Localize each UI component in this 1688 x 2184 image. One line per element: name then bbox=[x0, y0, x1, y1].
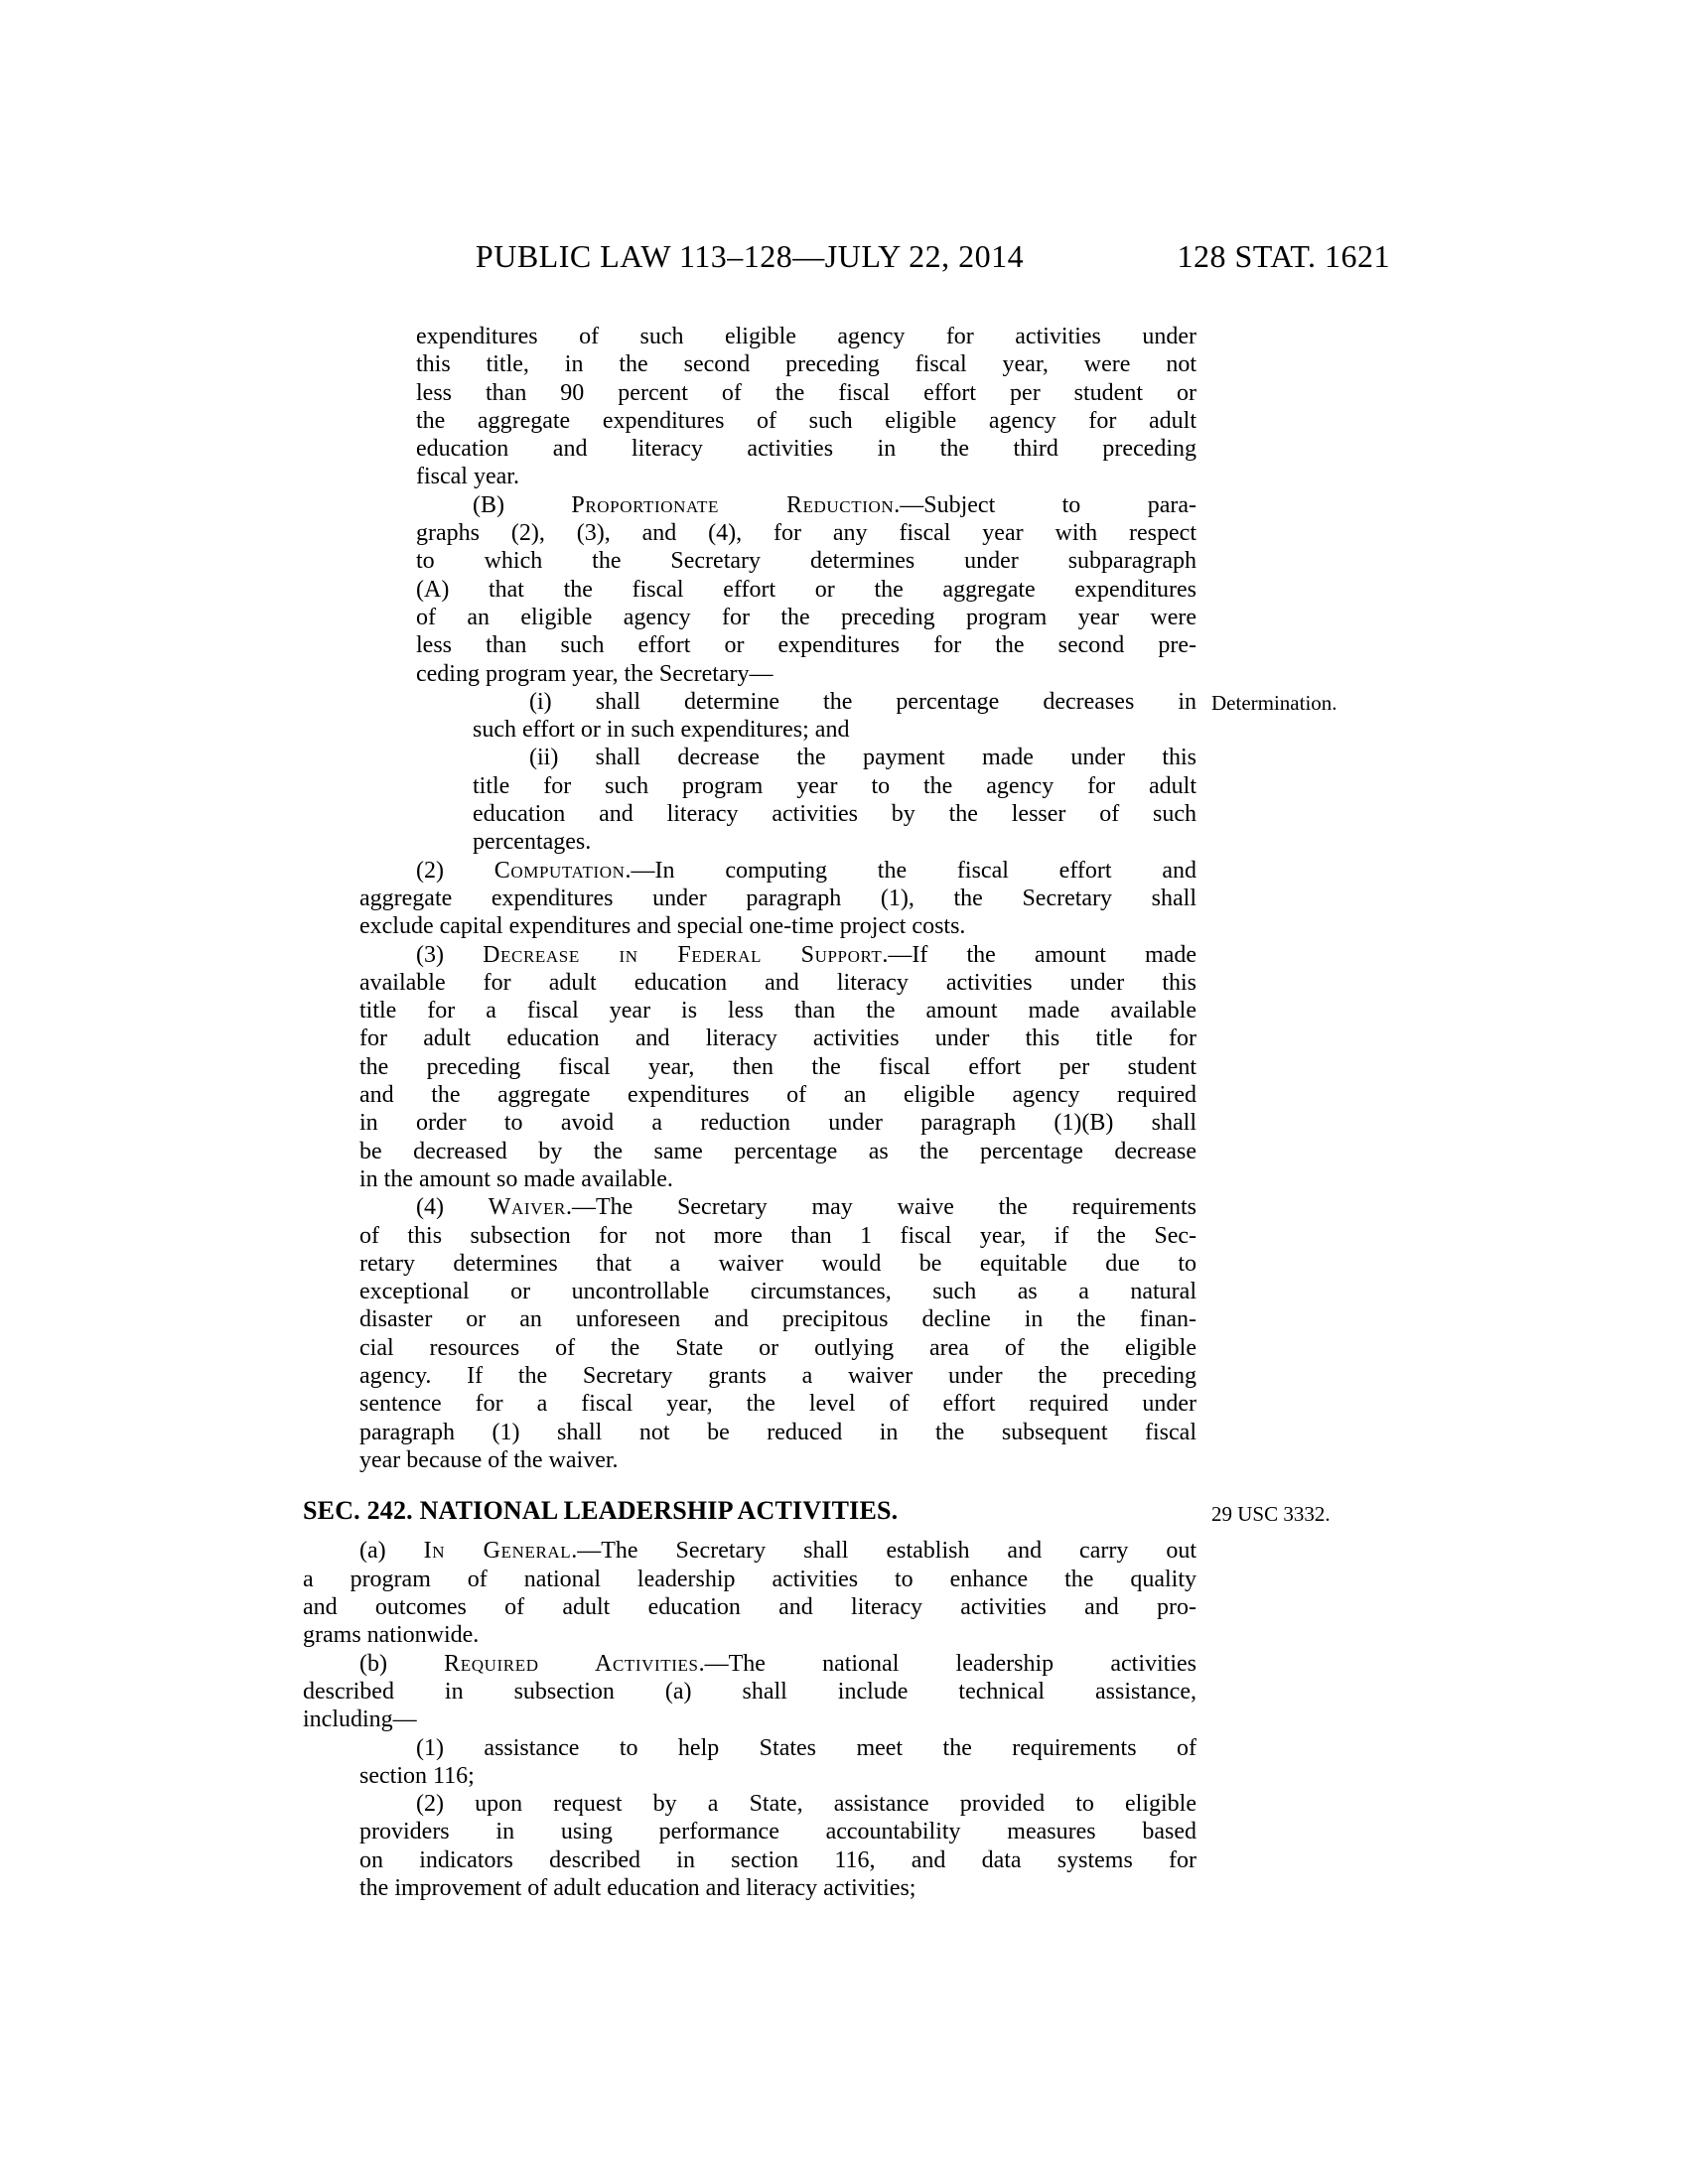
text-line: percentages. bbox=[303, 828, 1196, 856]
text-line: grams nationwide. bbox=[303, 1621, 1196, 1649]
text-line: education and literacy activities in the… bbox=[303, 435, 1196, 463]
text-line: (ii) shall decrease the payment made und… bbox=[303, 744, 1196, 771]
text-line: this title, in the second preceding fisc… bbox=[303, 350, 1196, 378]
text-line: on indicators described in section 116, … bbox=[303, 1846, 1196, 1874]
text-line: (3) Decrease in Federal Support.—If the … bbox=[303, 941, 1196, 969]
small-caps-term: Decrease in Federal Support bbox=[483, 942, 882, 968]
text-line: in order to avoid a reduction under para… bbox=[303, 1109, 1196, 1137]
small-caps-term: Waiver bbox=[489, 1194, 566, 1220]
text-line: (i) shall determine the percentage decre… bbox=[303, 688, 1196, 716]
margin-note-usc-citation: 29 USC 3332. bbox=[1211, 1502, 1440, 1526]
text-line: paragraph (1) shall not be reduced in th… bbox=[303, 1419, 1196, 1446]
text-line: (2) Computation.—In computing the fiscal… bbox=[303, 857, 1196, 885]
text-line: section 116; bbox=[303, 1762, 1196, 1790]
page-header-law-title: PUBLIC LAW 113–128—JULY 22, 2014 bbox=[303, 238, 1196, 275]
text-line: to which the Secretary determines under … bbox=[303, 547, 1196, 575]
text-line: (a) In General.—The Secretary shall esta… bbox=[303, 1537, 1196, 1565]
text-line: aggregate expenditures under paragraph (… bbox=[303, 885, 1196, 912]
text-line: less than 90 percent of the fiscal effor… bbox=[303, 379, 1196, 407]
section-heading: SEC. 242. NATIONAL LEADERSHIP ACTIVITIES… bbox=[303, 1474, 1196, 1537]
text-line: year because of the waiver. bbox=[303, 1446, 1196, 1474]
text-line: disaster or an unforeseen and precipitou… bbox=[303, 1305, 1196, 1333]
text-line: less than such effort or expenditures fo… bbox=[303, 631, 1196, 659]
text-line: of this subsection for not more than 1 f… bbox=[303, 1222, 1196, 1250]
text-line: title for a fiscal year is less than the… bbox=[303, 997, 1196, 1024]
statute-page: PUBLIC LAW 113–128—JULY 22, 2014 128 STA… bbox=[0, 0, 1688, 2184]
small-caps-term: Computation bbox=[494, 858, 626, 884]
text-line: (A) that the fiscal effort or the aggreg… bbox=[303, 576, 1196, 604]
text-line: described in subsection (a) shall includ… bbox=[303, 1678, 1196, 1706]
text-line: be decreased by the same percentage as t… bbox=[303, 1138, 1196, 1165]
text-line: sentence for a fiscal year, the level of… bbox=[303, 1390, 1196, 1418]
text-line: in the amount so made available. bbox=[303, 1165, 1196, 1193]
text-line: (4) Waiver.—The Secretary may waive the … bbox=[303, 1193, 1196, 1221]
text-line: exclude capital expenditures and special… bbox=[303, 912, 1196, 940]
text-line: including— bbox=[303, 1706, 1196, 1733]
text-line: the preceding fiscal year, then the fisc… bbox=[303, 1053, 1196, 1081]
text-line: and the aggregate expenditures of an eli… bbox=[303, 1081, 1196, 1109]
text-line: fiscal year. bbox=[303, 463, 1196, 490]
small-caps-term: Required Activities bbox=[444, 1651, 698, 1677]
text-line: for adult education and literacy activit… bbox=[303, 1024, 1196, 1052]
small-caps-term: Proportionate Reduction bbox=[571, 492, 894, 518]
text-line: cial resources of the State or outlying … bbox=[303, 1334, 1196, 1362]
text-line: education and literacy activities by the… bbox=[303, 800, 1196, 828]
text-line: providers in using performance accountab… bbox=[303, 1818, 1196, 1845]
text-line: and outcomes of adult education and lite… bbox=[303, 1593, 1196, 1621]
small-caps-term: In General bbox=[424, 1538, 572, 1564]
text-line: (b) Required Activities.—The national le… bbox=[303, 1650, 1196, 1678]
text-line: of an eligible agency for the preceding … bbox=[303, 604, 1196, 631]
text-line: a program of national leadership activit… bbox=[303, 1566, 1196, 1593]
text-line: (1) assistance to help States meet the r… bbox=[303, 1734, 1196, 1762]
text-line: retary determines that a waiver would be… bbox=[303, 1250, 1196, 1278]
text-line: the improvement of adult education and l… bbox=[303, 1874, 1196, 1902]
text-line: ceding program year, the Secretary— bbox=[303, 660, 1196, 688]
text-line: (2) upon request by a State, assistance … bbox=[303, 1790, 1196, 1818]
text-line: exceptional or uncontrollable circumstan… bbox=[303, 1278, 1196, 1305]
text-line: agency. If the Secretary grants a waiver… bbox=[303, 1362, 1196, 1390]
statute-text-column: expenditures of such eligible agency for… bbox=[303, 323, 1196, 1902]
margin-note-determination: Determination. bbox=[1211, 691, 1440, 715]
text-line: the aggregate expenditures of such eligi… bbox=[303, 407, 1196, 435]
text-line: expenditures of such eligible agency for… bbox=[303, 323, 1196, 350]
text-line: available for adult education and litera… bbox=[303, 969, 1196, 997]
text-line: such effort or in such expenditures; and bbox=[303, 716, 1196, 744]
text-line: graphs (2), (3), and (4), for any fiscal… bbox=[303, 519, 1196, 547]
text-line: title for such program year to the agenc… bbox=[303, 772, 1196, 800]
text-line: (B) Proportionate Reduction.—Subject to … bbox=[303, 491, 1196, 519]
page-header-stat-number: 128 STAT. 1621 bbox=[1107, 238, 1390, 275]
